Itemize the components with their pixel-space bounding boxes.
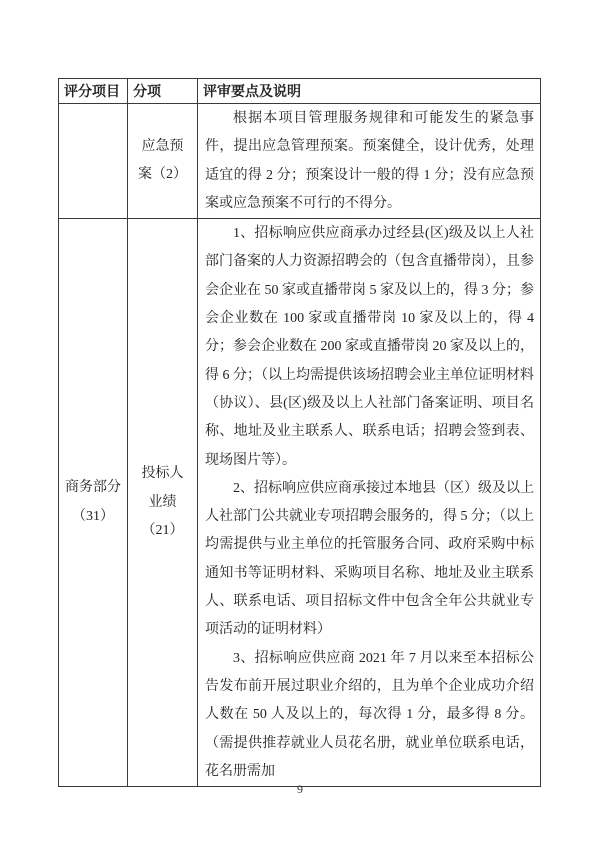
category-cell-empty [59,104,128,219]
document-page: 评分项目 分项 评审要点及说明 应急预 案（2） 根据本项目管理服务规律和可能发… [0,0,600,848]
category-line: 商务部分 [61,474,125,502]
review-paragraph: 2、招标响应供应商承接过本地县（区）级及以上人社部门公共就业专项招聘会服务的，得… [205,475,534,645]
page-number: 9 [0,782,600,797]
category-cell-business-section: 商务部分 （31） [59,219,128,787]
table-header-row: 评分项目 分项 评审要点及说明 [59,79,541,104]
header-sub-item: 分项 [128,79,198,104]
subitem-line: 案（2） [130,161,195,189]
header-review-points: 评审要点及说明 [198,79,541,104]
table-row-bidder-performance: 商务部分 （31） 投标人 业绩 （21） 1、招标响应供应商承办过经县(区)级… [59,219,541,787]
review-points-cell-bidder-performance: 1、招标响应供应商承办过经县(区)级及以上人社部门备案的人力资源招聘会的（包含直… [198,219,541,787]
header-scoring-item: 评分项目 [59,79,128,104]
subitem-line: 应急预 [130,133,195,161]
review-paragraph: 1、招标响应供应商承办过经县(区)级及以上人社部门备案的人力资源招聘会的（包含直… [205,220,534,475]
review-paragraph: 3、招标响应供应商 2021 年 7 月以来至本招标公告发布前开展过职业介绍的，… [205,645,534,786]
review-points-cell-emergency-plan: 根据本项目管理服务规律和可能发生的紧急事件，提出应急管理预案。预案健全，设计优秀… [198,104,541,219]
subitem-cell-emergency-plan: 应急预 案（2） [128,104,198,219]
table-row-emergency-plan: 应急预 案（2） 根据本项目管理服务规律和可能发生的紧急事件，提出应急管理预案。… [59,104,541,219]
subitem-line: 投标人 [130,460,195,488]
evaluation-criteria-table: 评分项目 分项 评审要点及说明 应急预 案（2） 根据本项目管理服务规律和可能发… [58,78,541,787]
subitem-line: 业绩 [130,489,195,517]
subitem-cell-bidder-performance: 投标人 业绩 （21） [128,219,198,787]
review-paragraph: 根据本项目管理服务规律和可能发生的紧急事件，提出应急管理预案。预案健全，设计优秀… [205,105,534,218]
category-line: （31） [61,503,125,531]
subitem-line: （21） [130,517,195,545]
